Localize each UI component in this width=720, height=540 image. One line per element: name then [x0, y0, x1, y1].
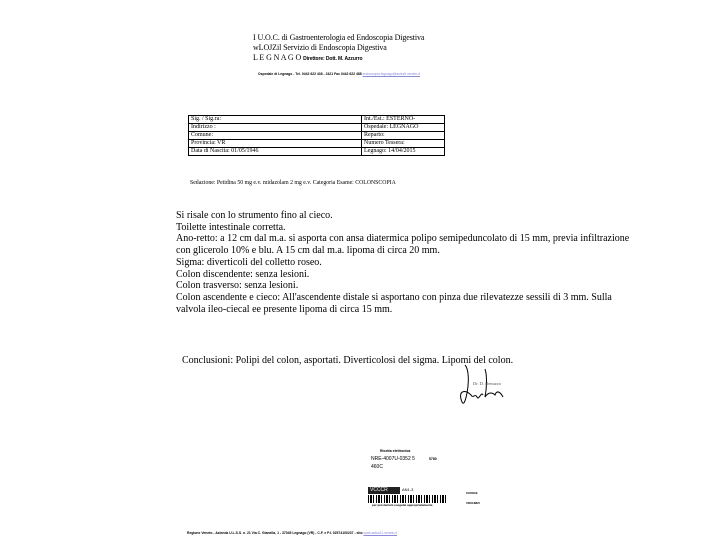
- report-line: Ano-retto: a 12 cm dal m.a. si asporta c…: [176, 233, 636, 256]
- cell-address: Indirizzo :: [189, 124, 362, 132]
- stamp-caption: per prestazioni eseguite appropriatament…: [372, 503, 433, 507]
- report-line: Colon trasverso: senza lesioni.: [176, 280, 636, 292]
- table-row: Indirizzo : Ospedale: LEGNAGO: [189, 124, 445, 132]
- prescription-tail: 5780: [429, 457, 437, 461]
- cell-int-est: Int./Est.: ESTERNO-: [362, 116, 445, 124]
- prescription-code: NRE-4007U-0352 55780 460C: [371, 455, 437, 471]
- stamp-side-code: CODICE: [466, 491, 478, 495]
- sedation-line: Sedazione: Petidina 50 mg e.v. midazolam…: [190, 180, 396, 186]
- contact-email-link[interactable]: endoscopia.legnago@aulss9.veneto.it: [363, 72, 420, 76]
- signature-name: Dr. D. Benuzzo: [473, 381, 501, 386]
- barcode-stamp: VCCCR AN1-3 per prestazioni eseguite app…: [368, 487, 446, 507]
- report-line: Sigma: diverticoli del colletto roseo.: [176, 257, 636, 269]
- stamp-label: AN1-3: [402, 487, 413, 492]
- cell-municipality: Comune:: [189, 132, 362, 140]
- header-line-2: wLOJZil Servizio di Endoscopia Digestiva: [253, 43, 387, 53]
- report-line: Toilette intestinale corretta.: [176, 222, 636, 234]
- header-line-3: L E G N A G O Direttore: Dott. M. Azzurr…: [253, 53, 362, 64]
- report-line: Colon ascendente e cieco: All'ascendente…: [176, 292, 636, 315]
- report-body: Si risale con lo strumento fino al cieco…: [176, 210, 636, 315]
- contact-text: Ospedale di Legnago - Tel. 0442 622 436 …: [258, 72, 362, 76]
- table-row: Sig. / Sig.ra: Int./Est.: ESTERNO-: [189, 116, 445, 124]
- cell-exam-date: Legnago: 14/04/2015: [362, 148, 445, 156]
- cell-birth-date: Data di Nascita: 01/05/1946: [189, 148, 362, 156]
- patient-info-table: Sig. / Sig.ra: Int./Est.: ESTERNO- Indir…: [188, 115, 445, 156]
- header-city: L E G N A G O: [253, 53, 301, 62]
- footer-link[interactable]: www.aulss21.veneto.it: [364, 531, 398, 535]
- prescription-label: Ricetta elettronica: [380, 449, 410, 453]
- cell-card-number: Numero Tessera:: [362, 140, 445, 148]
- barcode-icon: [368, 495, 446, 503]
- header-line-1: I U.O.C. di Gastroenterologia ed Endosco…: [253, 33, 424, 43]
- footer: Regione Veneto - Azienda U.L.S.S. n. 21 …: [187, 531, 397, 535]
- report-line: Si risale con lo strumento fino al cieco…: [176, 210, 636, 222]
- header-director: Direttore: Dott. M. Azzurro: [303, 56, 362, 62]
- cell-ward: Reparto:: [362, 132, 445, 140]
- header-contact: Ospedale di Legnago - Tel. 0442 622 436 …: [258, 72, 420, 76]
- prescription-number-2: 460C: [371, 464, 383, 470]
- table-row: Comune: Reparto:: [189, 132, 445, 140]
- cell-province: Provincia: VR: [189, 140, 362, 148]
- footer-text: Regione Veneto - Azienda U.L.S.S. n. 21 …: [187, 531, 363, 535]
- prescription-number: NRE-4007U-0352 5: [371, 456, 415, 462]
- report-line: Colon discendente: senza lesioni.: [176, 269, 636, 281]
- stamp-box: VCCCR: [368, 487, 400, 494]
- table-row: Data di Nascita: 01/05/1946 Legnago: 14/…: [189, 148, 445, 156]
- cell-name: Sig. / Sig.ra:: [189, 116, 362, 124]
- signature-icon: [455, 363, 515, 413]
- stamp-side-code-2: VDOHMZI: [466, 501, 480, 505]
- cell-hospital: Ospedale: LEGNAGO: [362, 124, 445, 132]
- table-row: Provincia: VR Numero Tessera:: [189, 140, 445, 148]
